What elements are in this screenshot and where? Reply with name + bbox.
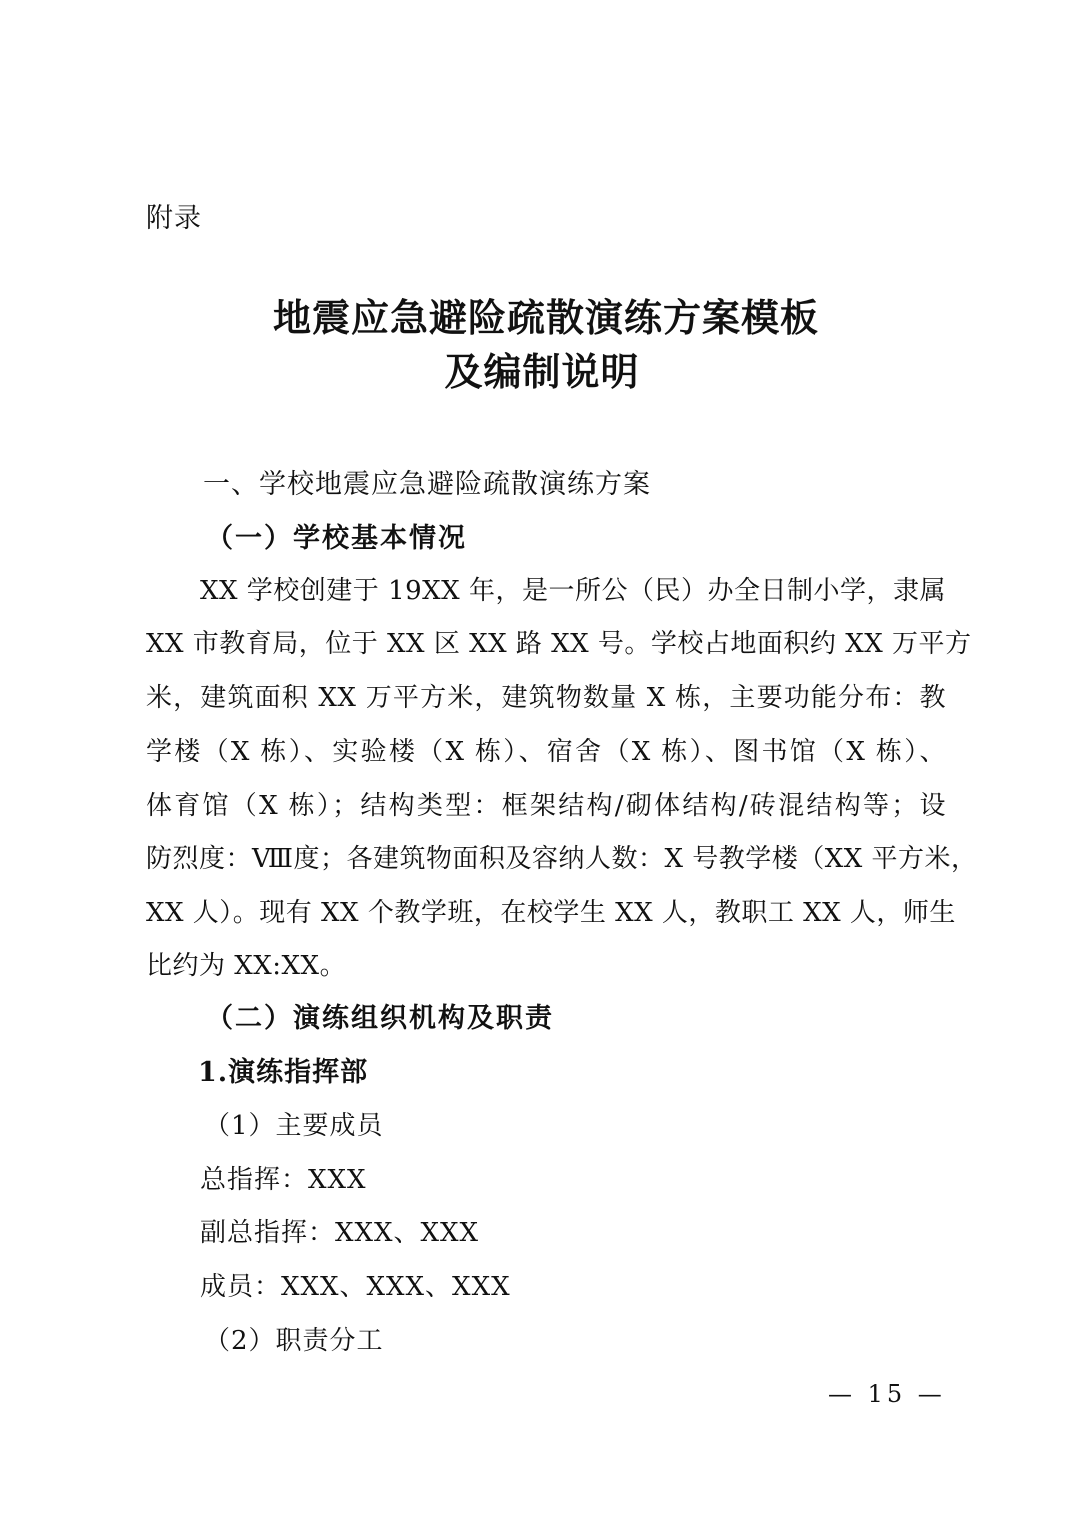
page-number: — 15 —	[828, 1380, 946, 1408]
members-line: 成员：XXX、XXX、XXX	[200, 1266, 511, 1303]
paragraph-line: XX 市教育局，位于 XX 区 XX 路 XX 号。学校占地面积约 XX 万平方	[146, 623, 946, 660]
document-title-line2: 及编制说明	[2, 346, 1080, 398]
paragraph-line: 防烈度：Ⅷ度；各建筑物面积及容纳人数：X 号教学楼（XX 平方米，	[146, 838, 946, 875]
paragraph-line: 学楼（X 栋）、实验楼（X 栋）、宿舍（X 栋）、图书馆（X 栋）、	[146, 731, 946, 768]
paragraph-line: XX 人）。现有 XX 个教学班，在校学生 XX 人，教职工 XX 人，师生	[146, 892, 946, 929]
subsection-heading-organization: （二）演练组织机构及职责	[206, 996, 554, 1035]
commander-line: 总指挥：XXX	[200, 1159, 367, 1196]
item-heading-command: 1.演练指挥部	[198, 1050, 368, 1089]
paragraph-line: XX 学校创建于 19XX 年，是一所公（民）办全日制小学，隶属	[200, 570, 946, 607]
paragraph-line: 米，建筑面积 XX 万平方米，建筑物数量 X 栋，主要功能分布：教	[146, 677, 946, 714]
paragraph-line: 比约为 XX:XX。	[146, 945, 946, 982]
duties-heading: （2）职责分工	[204, 1320, 384, 1357]
section-heading-1: 一、学校地震应急避险疏散演练方案	[203, 462, 651, 501]
deputy-commander-line: 副总指挥：XXX、XXX	[200, 1212, 479, 1249]
appendix-label: 附录	[146, 196, 202, 235]
document-page: 附录 地震应急避险疏散演练方案模板 及编制说明 一、学校地震应急避险疏散演练方案…	[0, 0, 1080, 1527]
members-heading: （1）主要成员	[204, 1105, 384, 1142]
document-title-line1: 地震应急避险疏散演练方案模板	[6, 292, 1080, 344]
paragraph-line: 体育馆（X 栋）；结构类型：框架结构/砌体结构/砖混结构等；设	[146, 785, 946, 822]
subsection-heading-basic-info: （一）学校基本情况	[206, 516, 467, 555]
